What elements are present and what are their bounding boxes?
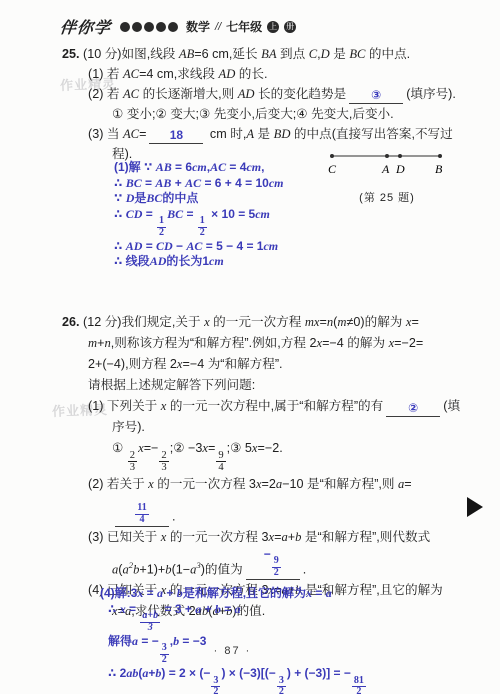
text: −	[173, 239, 187, 253]
answer-blank: 18	[149, 129, 203, 144]
text: .	[172, 509, 176, 523]
badge-dot-icon	[168, 22, 178, 32]
text: ,	[261, 160, 264, 174]
text: 是	[330, 47, 350, 61]
problem-25-solution: (1)解 ∵ AB = 6cm,AC = 4cm,∴ BC = AB + AC …	[114, 160, 284, 270]
page-header: 伴你学 数学 // 七年级 上 册	[60, 15, 296, 38]
math-text: CD	[126, 207, 143, 221]
answer-blank: −92	[246, 548, 300, 580]
math-text: cm	[209, 254, 224, 268]
text: (1−	[172, 562, 191, 576]
math-text: AC	[185, 176, 201, 190]
fraction: 23	[159, 450, 168, 474]
text-line: ∴ x = a+b3 = 3 + a + b = a	[100, 602, 367, 634]
text-line: (3) 当 AC=18 cm 时,A 是 BD 的中点(直接写出答案,不写过	[62, 124, 456, 144]
badge-dots	[120, 22, 178, 32]
math-text: cm	[246, 160, 261, 174]
math-text: cm	[269, 176, 284, 190]
text: ∴	[108, 602, 120, 616]
text: (12 分)我们规定,关于	[80, 315, 205, 329]
text: 的长.	[235, 67, 267, 81]
text-line: (2) 若 AC 的长逐渐增大,则 AD 长的变化趋势是③(填序号).	[62, 84, 456, 104]
text: 请根据上述规定解答下列问题:	[88, 378, 255, 392]
text: =	[221, 602, 235, 616]
text: = 3 +	[161, 602, 195, 616]
text: ∴ 2	[108, 666, 126, 680]
text: (3) 当	[88, 127, 123, 141]
text: = 6 + 4 = 10	[201, 176, 269, 190]
math-text: a	[326, 586, 332, 600]
text: =	[404, 477, 411, 491]
math-text: AD	[238, 87, 255, 101]
math-text: AC	[123, 87, 139, 101]
text: 的一元一次方程中,属于“和解方程”的有	[166, 399, 383, 413]
separator-slashes: //	[215, 21, 221, 33]
point-label-c: C	[328, 162, 337, 176]
text: ∴	[114, 207, 126, 221]
text: +	[171, 176, 185, 190]
math-text: BC	[126, 176, 142, 190]
text: ①	[112, 441, 127, 455]
text-line: (1) 若 AC=4 cm,求线段 AD 的长.	[62, 64, 456, 84]
math-text: AD	[126, 239, 143, 253]
text: (1)解 ∵	[114, 160, 156, 174]
fraction: 114	[135, 503, 149, 526]
text: =	[312, 586, 326, 600]
text-line: (1) 下列关于 x 的一元一次方程中,属于“和解方程”的有②(填	[62, 396, 460, 417]
point-label-d: D	[395, 162, 405, 176]
point-label-a: A	[381, 162, 390, 176]
text: −	[264, 547, 271, 561]
math-text: AC	[123, 67, 139, 81]
text: ① 变小;② 变大;③ 先变小,后变大;④ 先变大,后变小.	[112, 107, 394, 121]
math-text: AC	[123, 127, 139, 141]
text: ∴ 线段	[114, 254, 150, 268]
fraction: 23	[128, 450, 137, 474]
text: −10 是“和解方程”,则	[282, 477, 398, 491]
text: =	[143, 586, 157, 600]
text: =6 cm,延长	[194, 47, 261, 61]
page-number: · 87 ·	[0, 645, 465, 657]
math-text: AC	[210, 160, 226, 174]
text: ;③ 5	[227, 441, 252, 455]
text-line: ∴ 2ab(a+b) = 2 × (−32) × (−3)[(−32) + (−…	[100, 666, 367, 694]
volume-badge-ce: 册	[284, 21, 296, 33]
text: 是	[254, 127, 274, 141]
text-line: (1)解 ∵ AB = 6cm,AC = 4cm,	[114, 160, 284, 176]
text: 是“和解方程”,则代数式	[301, 530, 430, 544]
answer-blank: 114	[115, 495, 169, 527]
text-line: (4)解:3x = a + b是和解方程,且它的解为x = a	[100, 586, 367, 602]
text: ;② −3	[170, 441, 203, 455]
text: 的中点	[162, 191, 198, 205]
fraction: 12	[157, 216, 166, 239]
badge-dot-icon	[156, 22, 166, 32]
point-label-b: B	[435, 162, 443, 176]
math-text: CD	[156, 239, 173, 253]
math-text: BD	[274, 127, 291, 141]
text-line: 2+(−4),则方程 2x=−4 为“和解方程”.	[62, 354, 460, 375]
text-line: (3) 已知关于 x 的一元一次方程 3x=a+b 是“和解方程”,则代数式	[62, 527, 460, 548]
math-text: BC	[146, 191, 162, 205]
text: =−4 为“和解方程”.	[182, 357, 282, 371]
text: = 6	[172, 160, 192, 174]
math-text: cm	[192, 160, 207, 174]
text-line: ∵ D是BC的中点	[114, 191, 284, 207]
badge-dot-icon	[144, 22, 154, 32]
math-text: D	[321, 47, 330, 61]
text: 2+(−4),则方程 2	[88, 357, 177, 371]
text: × 10 = 5	[208, 207, 255, 221]
text: 的一元一次方程 3	[154, 477, 256, 491]
text: ∴	[114, 239, 126, 253]
text: ) + (−3)] = −	[287, 666, 351, 680]
text-line: ∴ AD = CD − AC = 5 − 4 = 1cm	[114, 239, 284, 255]
math-text: mx	[305, 315, 320, 329]
text: =−2.	[258, 441, 283, 455]
text: =2	[262, 477, 276, 491]
volume-badge-shang: 上	[267, 21, 279, 33]
segment-diagram: C A D B (第 25 题)	[322, 146, 452, 205]
text: 的中点(直接写出答案,不写过	[290, 127, 452, 141]
text: =	[142, 207, 156, 221]
text: =	[142, 239, 156, 253]
math-text: BA	[261, 47, 276, 61]
fraction: 12	[198, 216, 207, 239]
text-line: a(a2b+1)+b(1−a3)的值为−92.	[62, 548, 460, 580]
badge-dot-icon	[120, 22, 130, 32]
text: (2) 若	[88, 87, 123, 101]
text: cm 时,	[206, 127, 246, 141]
text: (填序号).	[406, 87, 456, 101]
fraction: 92	[272, 556, 281, 579]
text: = 5 − 4 = 1	[202, 239, 263, 253]
fraction: 812	[352, 676, 366, 694]
text: 的中点.	[365, 47, 410, 61]
text: (1) 若	[88, 67, 123, 81]
math-text: a	[235, 602, 241, 616]
text: 的长逐渐增大,则	[139, 87, 238, 101]
text: =4 cm,求线段	[139, 67, 218, 81]
text-line: ∴ 线段AD的长为1cm	[114, 254, 284, 270]
text-line: 26. (12 分)我们规定,关于 x 的一元一次方程 mx=n(m≠0)的解为…	[62, 312, 460, 333]
text: =	[411, 315, 418, 329]
text: (2) 若关于	[88, 477, 148, 491]
text: ) = 2 × (−	[161, 666, 210, 680]
math-text: AC	[186, 239, 202, 253]
text-line: 序号).	[62, 417, 460, 438]
text-line: ① 变小;② 变大;③ 先变小,后变大;④ 先变大,后变小.	[62, 104, 456, 124]
answer-blank: ②	[386, 402, 440, 417]
math-text: AD	[150, 254, 167, 268]
text-line: 114.	[62, 495, 460, 527]
fraction: 32	[277, 676, 286, 694]
text: =	[320, 315, 327, 329]
text-line: ∴ CD = 12BC = 12 × 10 = 5cm	[114, 207, 284, 239]
text-line: (2) 若关于 x 的一元一次方程 3x=2a−10 是“和解方程”,则 a=	[62, 474, 460, 495]
text: 序号).	[112, 420, 145, 434]
text: +	[201, 602, 215, 616]
text: =	[183, 207, 197, 221]
text: .	[303, 562, 307, 576]
math-text: AB	[155, 176, 171, 190]
text: (10 分)如图,线段	[80, 47, 179, 61]
math-text: cm	[255, 207, 270, 221]
text: (4)解:3	[100, 586, 137, 600]
text: (3) 已知关于	[88, 530, 161, 544]
math-text: C	[309, 47, 317, 61]
text: =	[139, 127, 146, 141]
math-text: BC	[167, 207, 183, 221]
text-line: ∴ BC = AB + AC = 6 + 4 = 10cm	[114, 176, 284, 192]
text: ) × (−3)[(−	[221, 666, 275, 680]
brand-logo: 伴你学	[59, 15, 112, 38]
text-line: ① 23x=−23;② −3x=94;③ 5x=−2.	[62, 438, 460, 474]
text: =−2=	[394, 336, 423, 350]
text: ≠0)的解为	[346, 315, 405, 329]
fraction: 32	[211, 676, 220, 694]
fraction: 94	[216, 450, 225, 474]
text: (1) 下列关于	[88, 399, 161, 413]
problem-26-solution: (4)解:3x = a + b是和解方程,且它的解为x = a∴ x = a+b…	[100, 586, 367, 694]
text: =−4 的解为	[322, 336, 389, 350]
subject-label: 数学	[186, 18, 210, 35]
math-text: AD	[219, 67, 236, 81]
text: +1)+	[139, 562, 165, 576]
text: 的一元一次方程 3	[166, 530, 268, 544]
text: 的长为1	[166, 254, 209, 268]
math-text: m	[88, 336, 97, 350]
math-text: AB	[156, 160, 172, 174]
text: =	[126, 602, 140, 616]
text: = 4	[226, 160, 246, 174]
fraction: a+b3	[140, 611, 160, 634]
math-text: ab	[126, 666, 138, 680]
badge-dot-icon	[132, 22, 142, 32]
math-text: BC	[349, 47, 365, 61]
text-line: 请根据上述规定解答下列问题:	[62, 375, 460, 396]
text: (填	[443, 399, 460, 413]
text: ∵	[114, 191, 126, 205]
text: ∴	[114, 176, 126, 190]
text: +	[163, 586, 177, 600]
text: 的一元一次方程	[210, 315, 305, 329]
math-text: AB	[179, 47, 194, 61]
text: )的值为	[201, 562, 243, 576]
answer-blank: ③	[349, 89, 403, 104]
text: 到点	[277, 47, 309, 61]
math-text: A	[246, 127, 254, 141]
text: =	[208, 441, 215, 455]
diagram-caption: (第 25 题)	[322, 189, 452, 205]
text: 长的变化趋势是	[255, 87, 347, 101]
problem-number: 25.	[62, 47, 80, 61]
grade-label: 七年级	[226, 18, 262, 35]
text-line: m+n,则称该方程为“和解方程”.例如,方程 2x=−4 的解为 x=−2=	[62, 333, 460, 354]
math-text: cm	[263, 239, 278, 253]
text: =−	[144, 441, 159, 455]
text: ,则称该方程为“和解方程”.例如,方程 2	[111, 336, 317, 350]
text-line: 25. (10 分)如图,线段 AB=6 cm,延长 BA 到点 C,D 是 B…	[62, 44, 456, 64]
scan-artifact-triangle-icon	[467, 497, 483, 517]
problem-26: 26. (12 分)我们规定,关于 x 的一元一次方程 mx=n(m≠0)的解为…	[62, 312, 460, 622]
text: 是	[134, 191, 146, 205]
text: 程).	[112, 147, 132, 161]
problem-number: 26.	[62, 315, 80, 329]
segment-diagram-figure: C A D B	[322, 146, 452, 182]
text: =	[142, 176, 156, 190]
text: 是和解方程,且它的解为	[183, 586, 306, 600]
